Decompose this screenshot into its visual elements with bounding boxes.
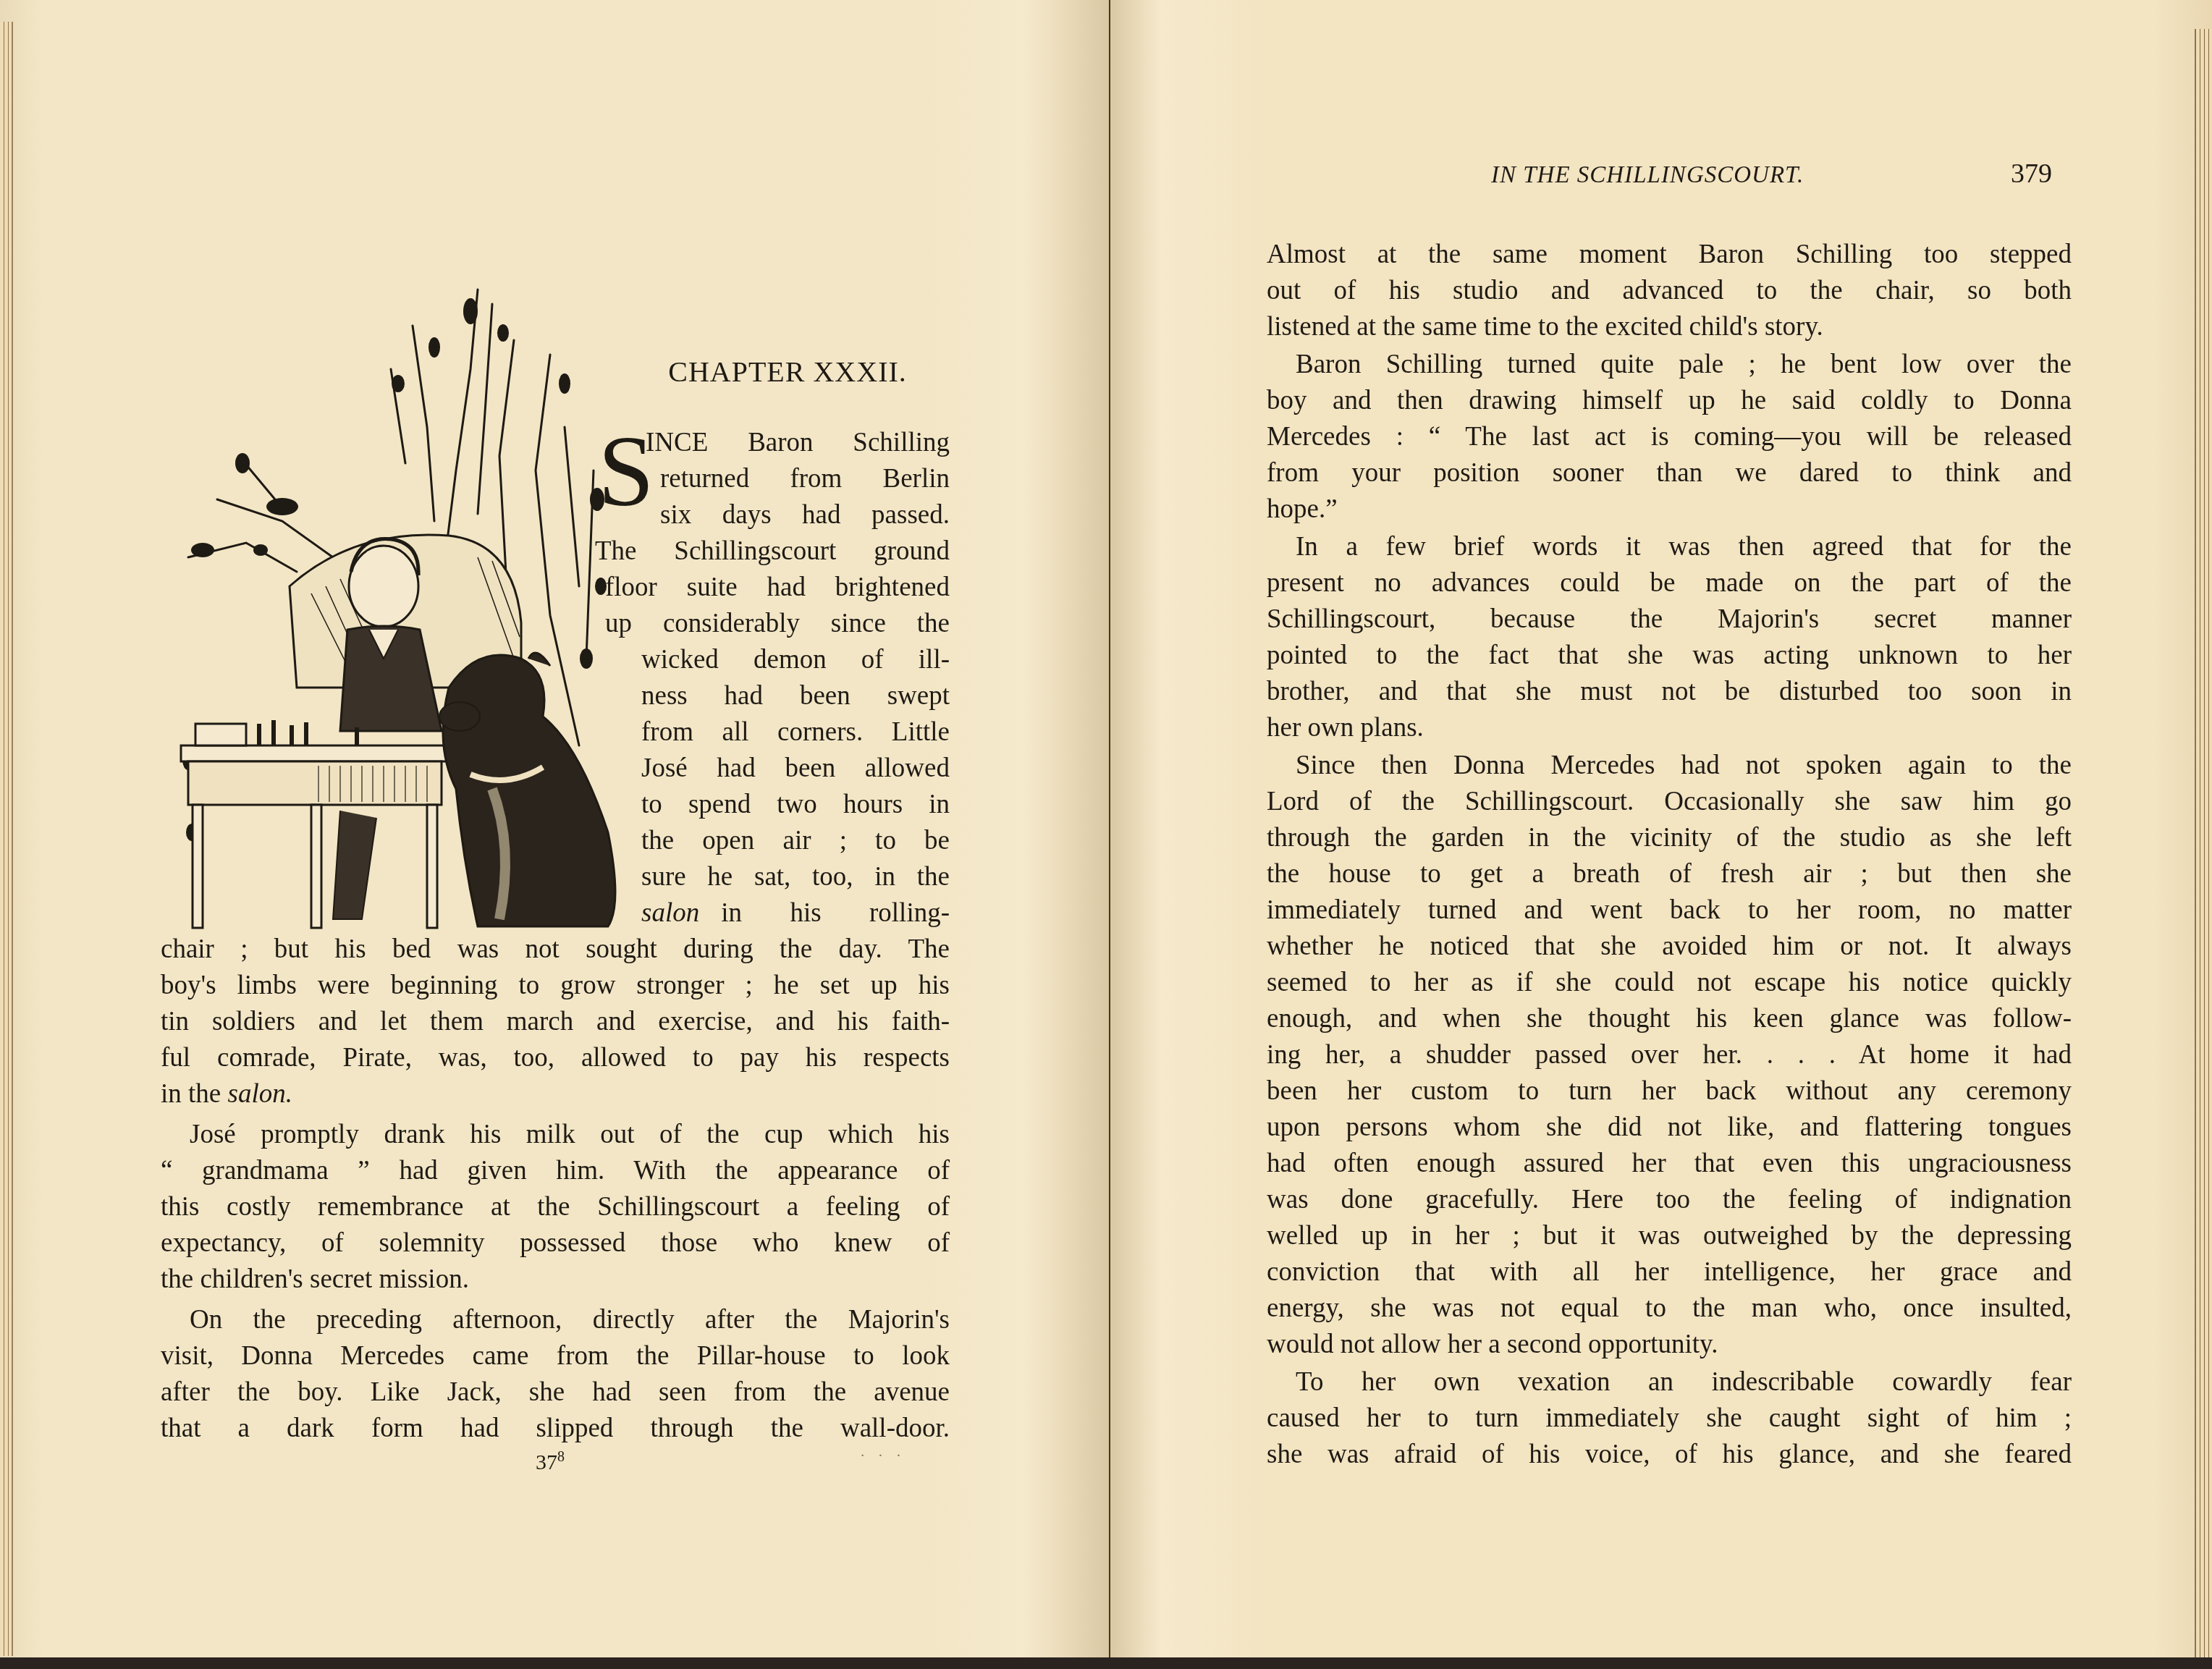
book-spread: CHAPTER XXXII. S INCE Baron Schilling re… [0,0,2212,1657]
text-fragment: in his rolling- [721,897,950,929]
text-line: expectancy, of solemnity possessed those… [161,1228,950,1259]
text-line: the open air ; to be [641,825,950,857]
text-line: six days had passed. [660,499,950,531]
text-line: this costly remembrance at the Schilling… [161,1191,950,1223]
text-line: was done gracefully. Here too the feelin… [1267,1184,2072,1216]
page-edges-left [0,22,13,1656]
page-number-digits: 37 [536,1450,557,1474]
text-line: wicked demon of ill- [641,644,950,676]
text-line: Schillingscourt, because the Majorin's s… [1267,604,2072,635]
text-line: chair ; but his bed was not sought durin… [161,934,950,966]
text-line: enough, and when she thought his keen gl… [1267,1003,2072,1035]
text-line: Mercedes : “ The last act is coming—you … [1267,421,2072,453]
text-line: through the garden in the vicinity of th… [1267,822,2072,854]
text-line: to spend two hours in [641,789,950,821]
text-line: she was afraid of his voice, of his glan… [1267,1439,2072,1471]
page-number-sup: 8 [557,1449,565,1465]
text-line: Almost at the same moment Baron Schillin… [1267,239,2072,271]
text-line: “ grandmama ” had given him. With the ap… [161,1155,950,1187]
text-line: José promptly drank his milk out of the … [190,1119,950,1151]
text-line: welled up in her ; but it was outweighed… [1267,1220,2072,1252]
text-line: that a dark form had slipped through the… [161,1413,950,1445]
text-line: the house to get a breath of fresh air ;… [1267,858,2072,890]
text-line: her own plans. [1267,712,2072,744]
text-line: tin soldiers and let them march and exer… [161,1006,950,1038]
text-line: To her own vexation an indescribable cow… [1296,1366,2072,1398]
text-line: ness had been swept [641,680,950,712]
text-line: caused her to turn immediately she caugh… [1267,1403,2072,1435]
text-line: seemed to her as if she could not escape… [1267,967,2072,999]
text-line: immediately turned and went back to her … [1267,895,2072,926]
text-line: boy's limbs were beginning to grow stron… [161,970,950,1002]
text-line: listened at the same time to the excited… [1267,311,2072,343]
text-line: José had been allowed [641,753,950,785]
running-head: IN THE SCHILLINGSCOURT. [1491,162,1804,189]
page-number-right: 379 [2011,158,2052,190]
text-line: floor suite had brightened [605,572,950,604]
page-edges-right [2195,29,2212,1657]
text-line: boy and then drawing himself up he said … [1267,385,2072,417]
text-line: after the boy. Like Jack, she had seen f… [161,1377,950,1408]
page-number-left: 378 [536,1449,565,1475]
text-line: had often enough assured her that even t… [1267,1148,2072,1180]
text-line: energy, she was not equal to the man who… [1267,1293,2072,1324]
text-line: from your position sooner than we dared … [1267,457,2072,489]
ink-smudge: · · · [860,1446,906,1465]
text-line: from all corners. Little [641,717,950,748]
text-line: Since then Donna Mercedes had not spoken… [1296,750,2072,782]
text-line: Baron Schilling turned quite pale ; he b… [1296,349,2072,381]
chapter-title: CHAPTER XXXII. [636,355,940,389]
text-line: up considerably since the [605,608,950,640]
text-line: sure he sat, too, in the [641,861,950,893]
left-page: CHAPTER XXXII. S INCE Baron Schilling re… [0,0,1110,1657]
text-line: visit, Donna Mercedes came from the Pill… [161,1340,950,1372]
text-line: would not allow her a second opportunity… [1267,1329,2072,1361]
text-line: returned from Berlin [660,463,950,495]
text-line: salon in his rolling- [641,897,950,929]
text-line: brother, and that she must not be distur… [1267,676,2072,708]
text-line: out of his studio and advanced to the ch… [1267,275,2072,307]
text-line: the children's secret mission. [161,1264,950,1296]
italic-word: salon [641,897,699,929]
italic-word: salon. [227,1079,292,1109]
text-line: pointed to the fact that she was acting … [1267,640,2072,672]
text-line: On the preceding afternoon, directly aft… [190,1304,950,1336]
text-fragment: in the [161,1079,221,1109]
text-line: INCE Baron Schilling [646,427,950,459]
text-line: upon persons whom she did not like, and … [1267,1112,2072,1144]
illustration-boy-dog-icon [174,282,637,934]
text-line: conviction that with all her intelligenc… [1267,1256,2072,1288]
text-line: ful comrade, Pirate, was, too, allowed t… [161,1042,950,1074]
text-line: been her custom to turn her back without… [1267,1076,2072,1107]
text-line: whether he noticed that she avoided him … [1267,931,2072,963]
text-line: ing her, a shudder passed over her. . . … [1267,1039,2072,1071]
scan-background [0,1657,2212,1669]
text-line: hope.” [1267,494,2072,525]
text-line: in the salon. [161,1078,950,1110]
text-line: present no advances could be made on the… [1267,567,2072,599]
text-line: The Schillingscourt ground [595,536,950,567]
text-line: In a few brief words it was then agreed … [1296,531,2072,563]
text-line: Lord of the Schillingscourt. Occasionall… [1267,786,2072,818]
